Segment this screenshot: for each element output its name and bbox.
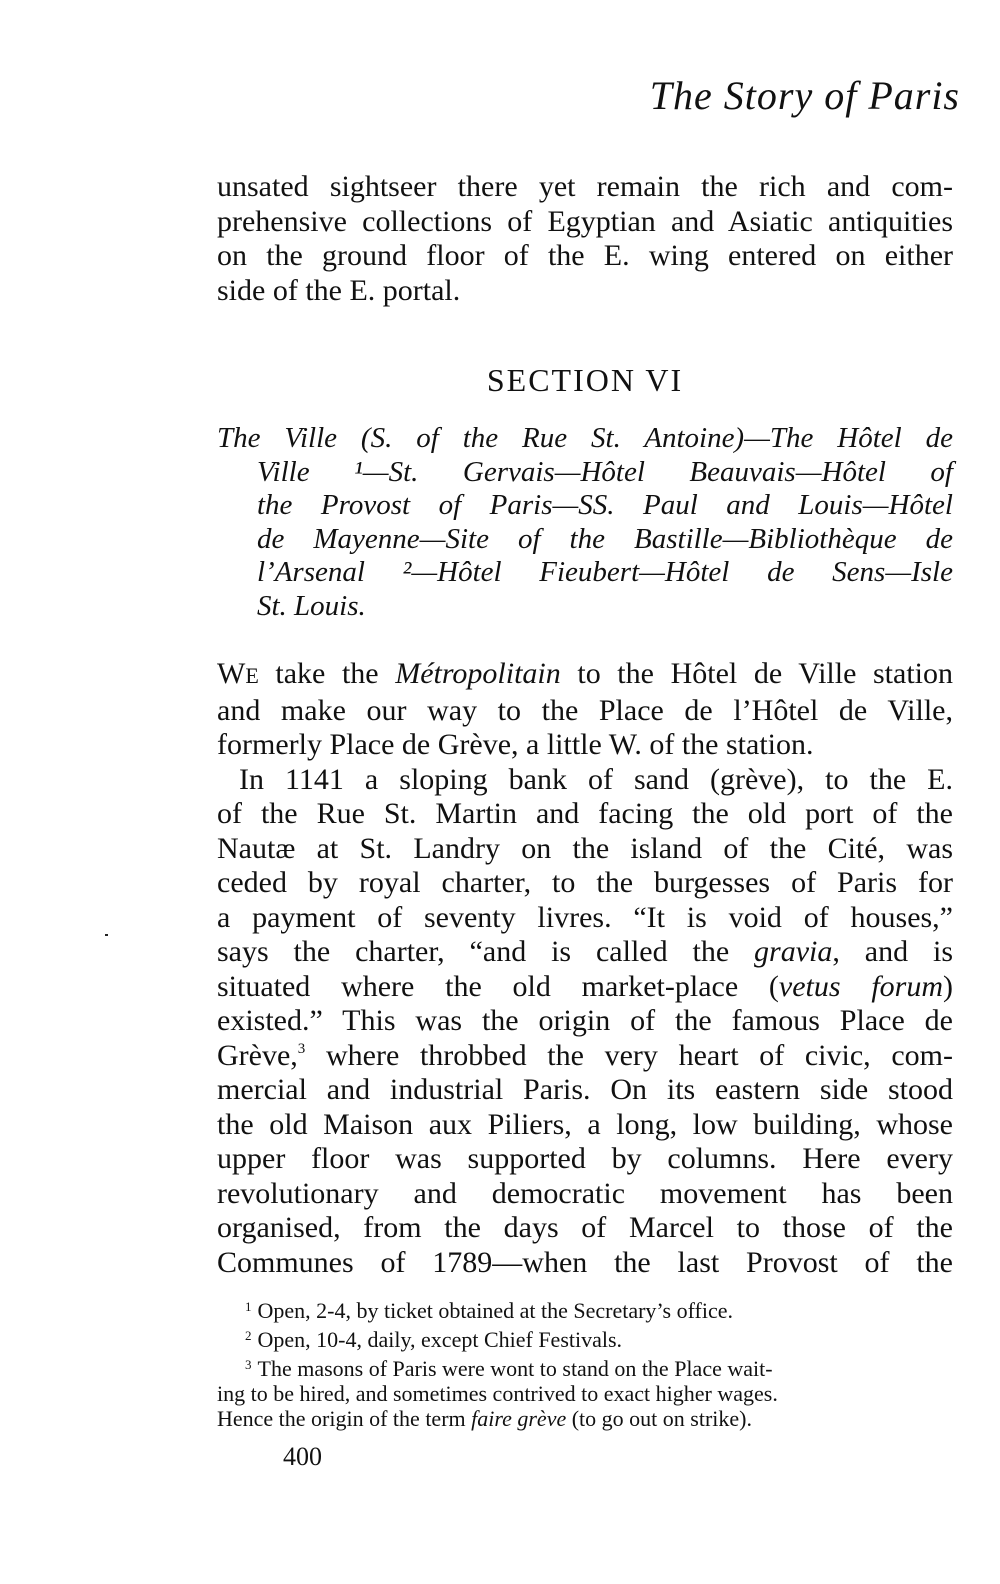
text-span: Grève,	[217, 1039, 298, 1072]
initial-letter: W	[217, 657, 245, 690]
footnote-number: 1	[245, 1299, 252, 1314]
footnote-text: Open, 10-4, daily, except Chief Festival…	[258, 1327, 623, 1352]
text-line: ceded by royal charter, to the burgesses…	[217, 866, 953, 901]
text-line: the old Maison aux Piliers, a long, low …	[217, 1108, 953, 1143]
text-line: says the charter, “and is called the gra…	[217, 935, 953, 970]
text-line: and make our way to the Place de l’Hôtel…	[217, 694, 953, 729]
text-span: take the	[259, 657, 395, 690]
text-span: where throbbed the very heart of civic, …	[305, 1039, 953, 1072]
text-line: a payment of seventy livres. “It is void…	[217, 901, 953, 936]
contents-line: The Ville (S. of the Rue St. Antoine)—Th…	[217, 422, 953, 456]
italic-term: Métropolitain	[395, 657, 561, 690]
text-span: to the Hôtel de Ville station	[561, 657, 953, 690]
footnote-3-cont: ing to be hired, and sometimes contrived…	[217, 1381, 953, 1406]
italic-term: faire grève	[471, 1406, 566, 1431]
footnote-1: 1Open, 2-4, by ticket obtained at the Se…	[217, 1294, 953, 1323]
body-text: WE take the Métropolitain to the Hôtel d…	[217, 657, 953, 1280]
text-line: formerly Place de Grève, a little W. of …	[217, 728, 953, 763]
contents-line: Ville ¹—St. Gervais—Hôtel Beauvais—Hôtel…	[217, 456, 953, 490]
scan-speck	[105, 934, 108, 936]
section-contents: The Ville (S. of the Rue St. Antoine)—Th…	[217, 422, 953, 623]
contents-line: de Mayenne—Site of the Bastille—Biblioth…	[217, 523, 953, 557]
footnote-number: 3	[245, 1357, 252, 1372]
small-caps: E	[245, 663, 258, 688]
text-line: mercial and industrial Paris. On its eas…	[217, 1073, 953, 1108]
page-number: 400	[283, 1442, 322, 1472]
text-line: organised, from the days of Marcel to th…	[217, 1211, 953, 1246]
intro-paragraph: unsated sightseer there yet remain the r…	[217, 170, 953, 308]
text-span: , and is	[832, 935, 953, 968]
text-line: situated where the old market-place (vet…	[217, 970, 953, 1005]
text-line: Nautæ at St. Landry on the island of the…	[217, 832, 953, 867]
text-line: revolutionary and democratic movement ha…	[217, 1177, 953, 1212]
text-line: unsated sightseer there yet remain the r…	[217, 170, 953, 205]
text-line: upper floor was supported by columns. He…	[217, 1142, 953, 1177]
contents-line: St. Louis.	[217, 590, 953, 624]
text-span: says the charter, “and is called the	[217, 935, 754, 968]
text-span: Hence the origin of the term	[217, 1406, 471, 1431]
contents-line: l’Arsenal ²—Hôtel Fieubert—Hôtel de Sens…	[217, 556, 953, 590]
footnotes: 1Open, 2-4, by ticket obtained at the Se…	[217, 1294, 953, 1431]
text-line: WE take the Métropolitain to the Hôtel d…	[217, 657, 953, 694]
footnote-3-cont: Hence the origin of the term faire grève…	[217, 1406, 953, 1431]
text-span: situated where the old market-place (	[217, 970, 779, 1003]
footnote-text: Open, 2-4, by ticket obtained at the Sec…	[258, 1298, 733, 1323]
italic-term: vetus forum	[779, 970, 943, 1003]
section-title: SECTION VI	[217, 362, 953, 399]
text-line: In 1141 a sloping bank of sand (grève), …	[217, 763, 953, 798]
text-line: on the ground floor of the E. wing enter…	[217, 239, 953, 274]
footnote-2: 2Open, 10-4, daily, except Chief Festiva…	[217, 1323, 953, 1352]
text-line: of the Rue St. Martin and facing the old…	[217, 797, 953, 832]
footnote-text: The masons of Paris were wont to stand o…	[258, 1356, 773, 1381]
text-line: prehensive collections of Egyptian and A…	[217, 205, 953, 240]
text-line: existed.” This was the origin of the fam…	[217, 1004, 953, 1039]
text-line: Communes of 1789—when the last Provost o…	[217, 1246, 953, 1281]
running-head: The Story of Paris	[560, 72, 960, 119]
text-span: )	[943, 970, 953, 1003]
text-span: (to go out on strike).	[566, 1406, 752, 1431]
footnote-number: 2	[245, 1328, 252, 1343]
text-line: Grève,3 where throbbed the very heart of…	[217, 1039, 953, 1074]
footnote-3: 3The masons of Paris were wont to stand …	[217, 1352, 953, 1381]
text-line: side of the E. portal.	[217, 274, 953, 309]
contents-line: the Provost of Paris—SS. Paul and Louis—…	[217, 489, 953, 523]
italic-term: gravia	[754, 935, 832, 968]
